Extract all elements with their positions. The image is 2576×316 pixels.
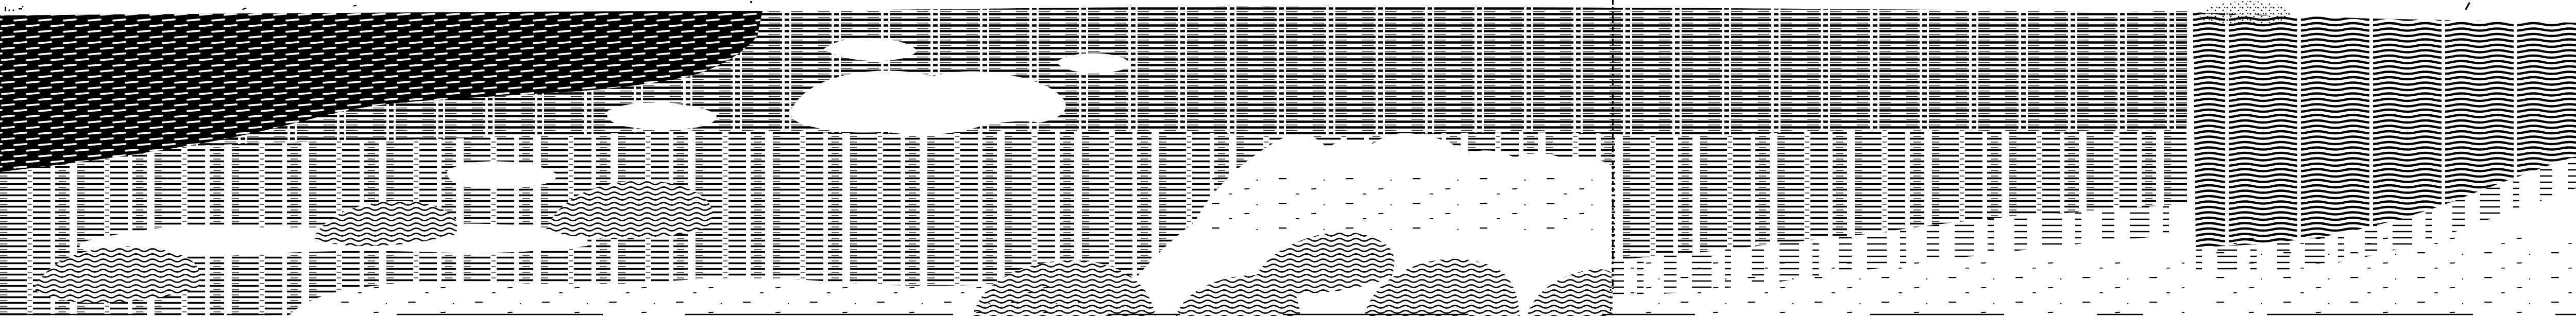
- foam-specks: [335, 286, 1082, 315]
- ink-speck: [12, 9, 14, 11]
- ink-speck: [8, 9, 10, 11]
- scanned-page: { "page": { "caption": "Plate", "colors"…: [0, 0, 2576, 316]
- sea-engraving-plate: [0, 0, 2576, 316]
- ink-speck: [5, 7, 6, 11]
- foam-specks: [1211, 170, 1602, 237]
- ink-speck: [19, 8, 22, 9]
- ink-speck: [750, 1, 752, 3]
- foam-specks: [1628, 257, 2184, 314]
- ink-speck: [22, 6, 24, 8]
- foam-specks: [2215, 237, 2576, 314]
